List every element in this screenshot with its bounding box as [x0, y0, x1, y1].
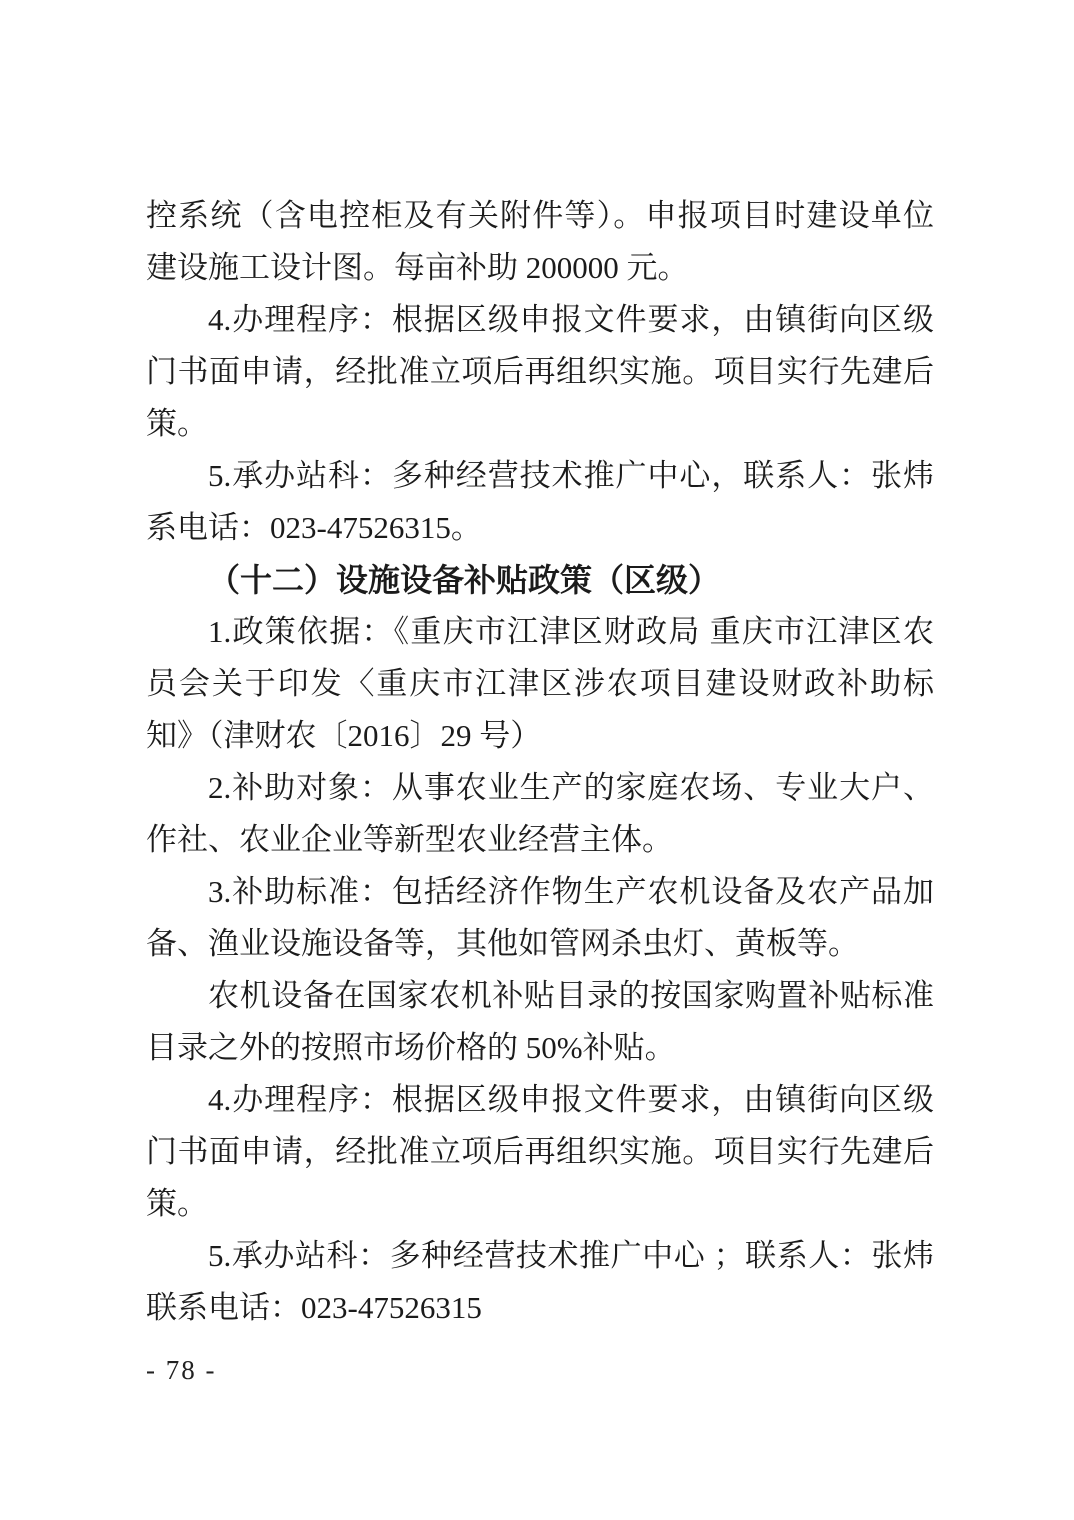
text-line: 员会关于印发〈重庆市江津区涉农项目建设财政补助标准〉的通 [146, 658, 934, 710]
text-line: 门书面申请，经批准立项后再组织实施。项目实行先建后补的政 [146, 1126, 934, 1178]
text-line: 1.政策依据：《重庆市江津区财政局 重庆市江津区农业委 [146, 606, 934, 658]
text-line: 联系电话：023-47526315 [146, 1282, 934, 1334]
document-page: 控系统（含电控柜及有关附件等）。申报项目时建设单位需提交建设施工设计图。每亩补助… [0, 0, 1074, 1520]
text-line: 知》（津财农〔2016〕29 号） [146, 710, 934, 762]
text-line: 作社、农业企业等新型农业经营主体。 [146, 814, 934, 866]
page: { "document": { "lines": [ {"text": "控系统… [0, 0, 1074, 1520]
text-line: 目录之外的按照市场价格的 50%补贴。 [146, 1022, 934, 1074]
text-line: 5.承办站科：多种经营技术推广中心 ；联系人：张炜俊， [146, 1230, 934, 1282]
page-number: - 78 - [146, 1350, 216, 1390]
text-line: 5.承办站科：多种经营技术推广中心，联系人：张炜俊，联 [146, 450, 934, 502]
text-line: 2.补助对象：从事农业生产的家庭农场、专业大户、农民合 [146, 762, 934, 814]
text-line: 控系统（含电控柜及有关附件等）。申报项目时建设单位需提交 [146, 190, 934, 242]
text-line: 农机设备在国家农机补贴目录的按国家购置补贴标准执行， [146, 970, 934, 1022]
text-line: 备、渔业设施设备等，其他如管网杀虫灯、黄板等。 [146, 918, 934, 970]
text-line: 4.办理程序：根据区级申报文件要求，由镇街向区级主管部 [146, 294, 934, 346]
text-line: 系电话：023-47526315。 [146, 502, 934, 554]
text-line: 门书面申请，经批准立项后再组织实施。项目实行先建后补的政 [146, 346, 934, 398]
text-line: 3.补助标准：包括经济作物生产农机设备及农产品加工设 [146, 866, 934, 918]
text-line: 4.办理程序：根据区级申报文件要求，由镇街向区级主管部 [146, 1074, 934, 1126]
section-heading: （十二）设施设备补贴政策（区级） [146, 554, 934, 606]
text-line: 策。 [146, 398, 934, 450]
document-body: 控系统（含电控柜及有关附件等）。申报项目时建设单位需提交建设施工设计图。每亩补助… [146, 190, 934, 1334]
text-line: 策。 [146, 1178, 934, 1230]
text-line: 建设施工设计图。每亩补助 200000 元。 [146, 242, 934, 294]
